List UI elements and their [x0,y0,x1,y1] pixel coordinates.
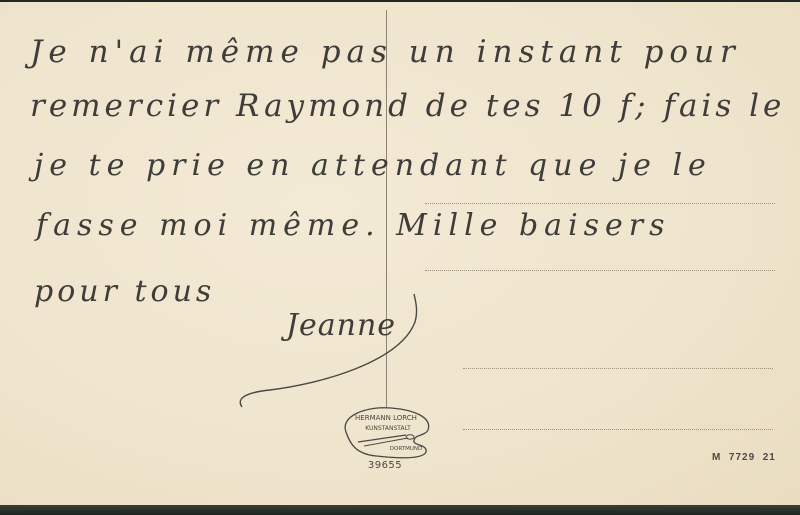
message-line-4: fasse moi même. Mille baisers [36,208,671,243]
publisher-number: 39655 [360,460,410,471]
message-line-3: je te prie en attendant que je le [34,148,712,183]
stamp-line-3: DORTMUND [390,446,422,452]
message-line-1: Je n'ai même pas un instant pour [30,34,770,70]
address-line-2 [425,270,775,271]
card-code: M 7729 21 [712,452,776,463]
message-line-5: pour tous [34,274,215,309]
address-line-4 [463,429,773,430]
message-line-2: remercier Raymond de tes 10 f; fais le [30,88,785,124]
stamp-line-2: KUNSTANSTALT [365,425,411,432]
publisher-palette-logo: HERMANN LORCH KUNSTANSTALT DORTMUND [336,402,436,462]
address-line-3 [463,368,773,369]
postcard-back: Je n'ai même pas un instant pour remerci… [0,2,800,506]
address-line-1 [425,203,775,204]
stamp-line-1: HERMANN LORCH [355,414,417,422]
bottom-edge [0,505,800,515]
